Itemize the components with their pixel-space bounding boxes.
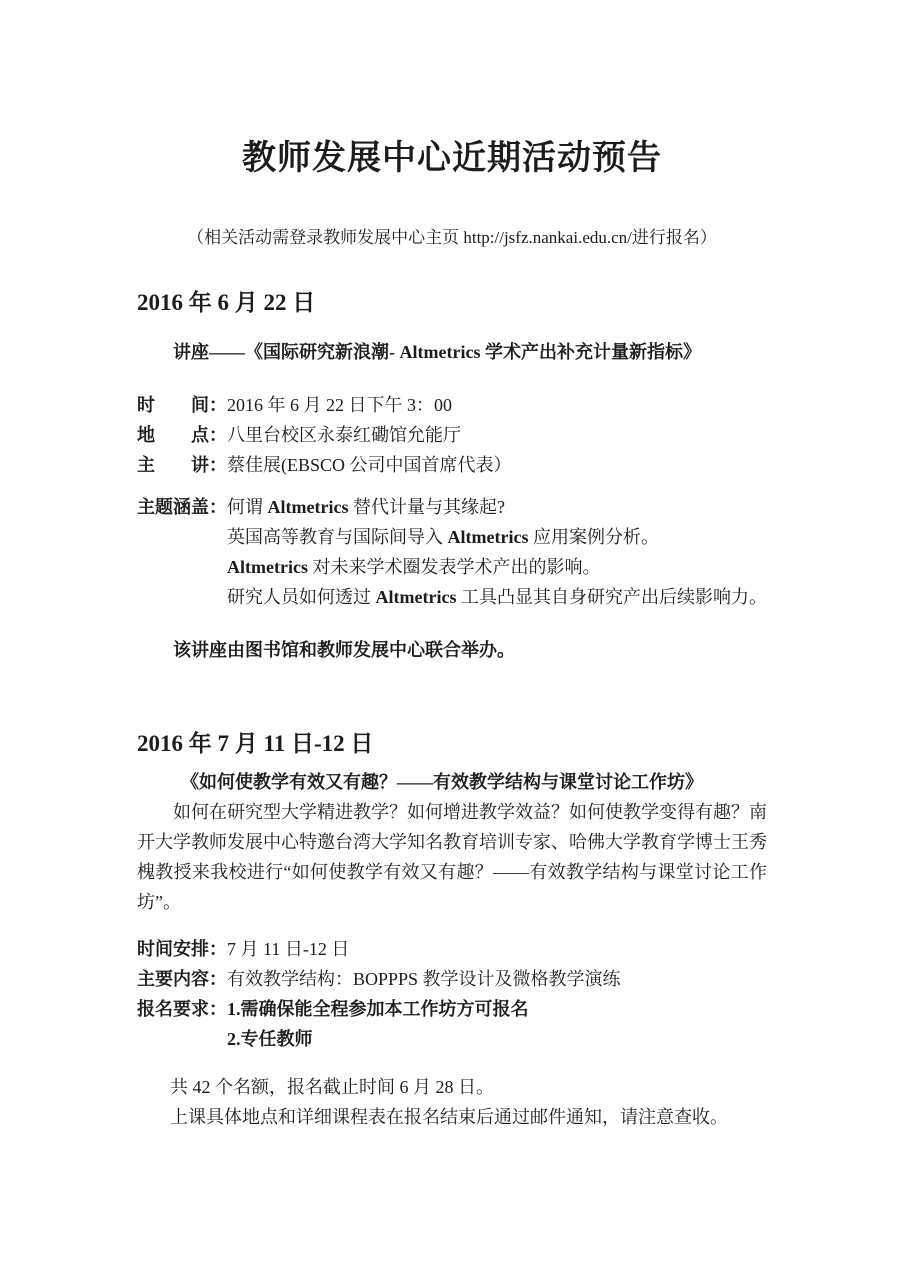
event1-topics-block: 主题涵盖： 何谓 Altmetrics 替代计量与其缘起? 英国高等教育与国际间… bbox=[137, 492, 767, 612]
page-title: 教师发展中心近期活动预告 bbox=[137, 136, 767, 182]
requirement-item: 2.专任教师 bbox=[227, 1024, 767, 1054]
topic-line: 英国高等教育与国际间导入 Altmetrics 应用案例分析。 bbox=[227, 522, 767, 552]
quota-note: 共 42 个名额，报名截止时间 6 月 28 日。 bbox=[137, 1072, 767, 1102]
event1-place-row: 地 点： 八里台校区永泰红磡馆允能厅 bbox=[137, 420, 767, 450]
registration-note: （相关活动需登录教师发展中心主页 http://jsfz.nankai.edu.… bbox=[137, 226, 767, 250]
event2-date-heading: 2016 年 7 月 11 日-12 日 bbox=[137, 729, 767, 759]
event-section-july11-12: 2016 年 7 月 11 日-12 日 《如何使教学有效又有趣？——有效教学结… bbox=[137, 729, 767, 1132]
event2-workshop-title: 《如何使教学有效又有趣？——有效教学结构与课堂讨论工作坊》 bbox=[137, 767, 767, 797]
content-value: 有效教学结构：BOPPPS 教学设计及微格教学演练 bbox=[227, 969, 621, 989]
email-notice-note: 上课具体地点和详细课程表在报名结束后通过邮件通知，请注意查收。 bbox=[137, 1102, 767, 1132]
event1-lecture-title: 讲座——《国际研究新浪潮- Altmetrics 学术产出补充计量新指标》 bbox=[137, 337, 767, 367]
event2-requirements-row: 报名要求： 1.需确保能全程参加本工作坊方可报名 2.专任教师 bbox=[137, 994, 767, 1054]
speaker-value: 蔡佳展(EBSCO 公司中国首席代表） bbox=[227, 455, 512, 475]
time-label: 时 间： bbox=[137, 390, 227, 420]
event1-organizer-note: 该讲座由图书馆和教师发展中心联合举办。 bbox=[137, 635, 767, 665]
event2-content-row: 主要内容： 有效教学结构：BOPPPS 教学设计及微格教学演练 bbox=[137, 964, 767, 994]
topic-line: 研究人员如何透过 Altmetrics 工具凸显其自身研究产出后续影响力。 bbox=[227, 582, 767, 612]
topic-line: Altmetrics 对未来学术圈发表学术产出的影响。 bbox=[227, 552, 767, 582]
event1-date-heading: 2016 年 6 月 22 日 bbox=[137, 288, 767, 318]
event-section-june22: 2016 年 6 月 22 日 讲座——《国际研究新浪潮- Altmetrics… bbox=[137, 288, 767, 665]
place-value: 八里台校区永泰红磡馆允能厅 bbox=[227, 425, 461, 445]
topics-label: 主题涵盖： bbox=[137, 492, 227, 522]
event2-details-block: 时间安排： 7 月 11 日-12 日 主要内容： 有效教学结构：BOPPPS … bbox=[137, 934, 767, 1054]
speaker-label: 主 讲： bbox=[137, 450, 227, 480]
document-page: 教师发展中心近期活动预告 （相关活动需登录教师发展中心主页 http://jsf… bbox=[0, 0, 900, 1272]
place-label: 地 点： bbox=[137, 420, 227, 450]
time-value: 2016 年 6 月 22 日下午 3：00 bbox=[227, 395, 452, 415]
event2-intro-paragraph: 如何在研究型大学精进教学？如何增进教学效益？如何使教学变得有趣？南开大学教师发展… bbox=[137, 797, 767, 917]
content-label: 主要内容： bbox=[137, 964, 227, 994]
topic-line: 何谓 Altmetrics 替代计量与其缘起? bbox=[227, 492, 767, 522]
schedule-value: 7 月 11 日-12 日 bbox=[227, 939, 349, 959]
event1-time-row: 时 间： 2016 年 6 月 22 日下午 3：00 bbox=[137, 390, 767, 420]
requirement-item: 1.需确保能全程参加本工作坊方可报名 bbox=[227, 994, 767, 1024]
event1-info-block: 时 间： 2016 年 6 月 22 日下午 3：00 地 点： 八里台校区永泰… bbox=[137, 390, 767, 480]
event2-notes-block: 共 42 个名额，报名截止时间 6 月 28 日。 上课具体地点和详细课程表在报… bbox=[137, 1072, 767, 1132]
requirements-label: 报名要求： bbox=[137, 994, 227, 1024]
event1-speaker-row: 主 讲： 蔡佳展(EBSCO 公司中国首席代表） bbox=[137, 450, 767, 480]
schedule-label: 时间安排： bbox=[137, 934, 227, 964]
event2-schedule-row: 时间安排： 7 月 11 日-12 日 bbox=[137, 934, 767, 964]
